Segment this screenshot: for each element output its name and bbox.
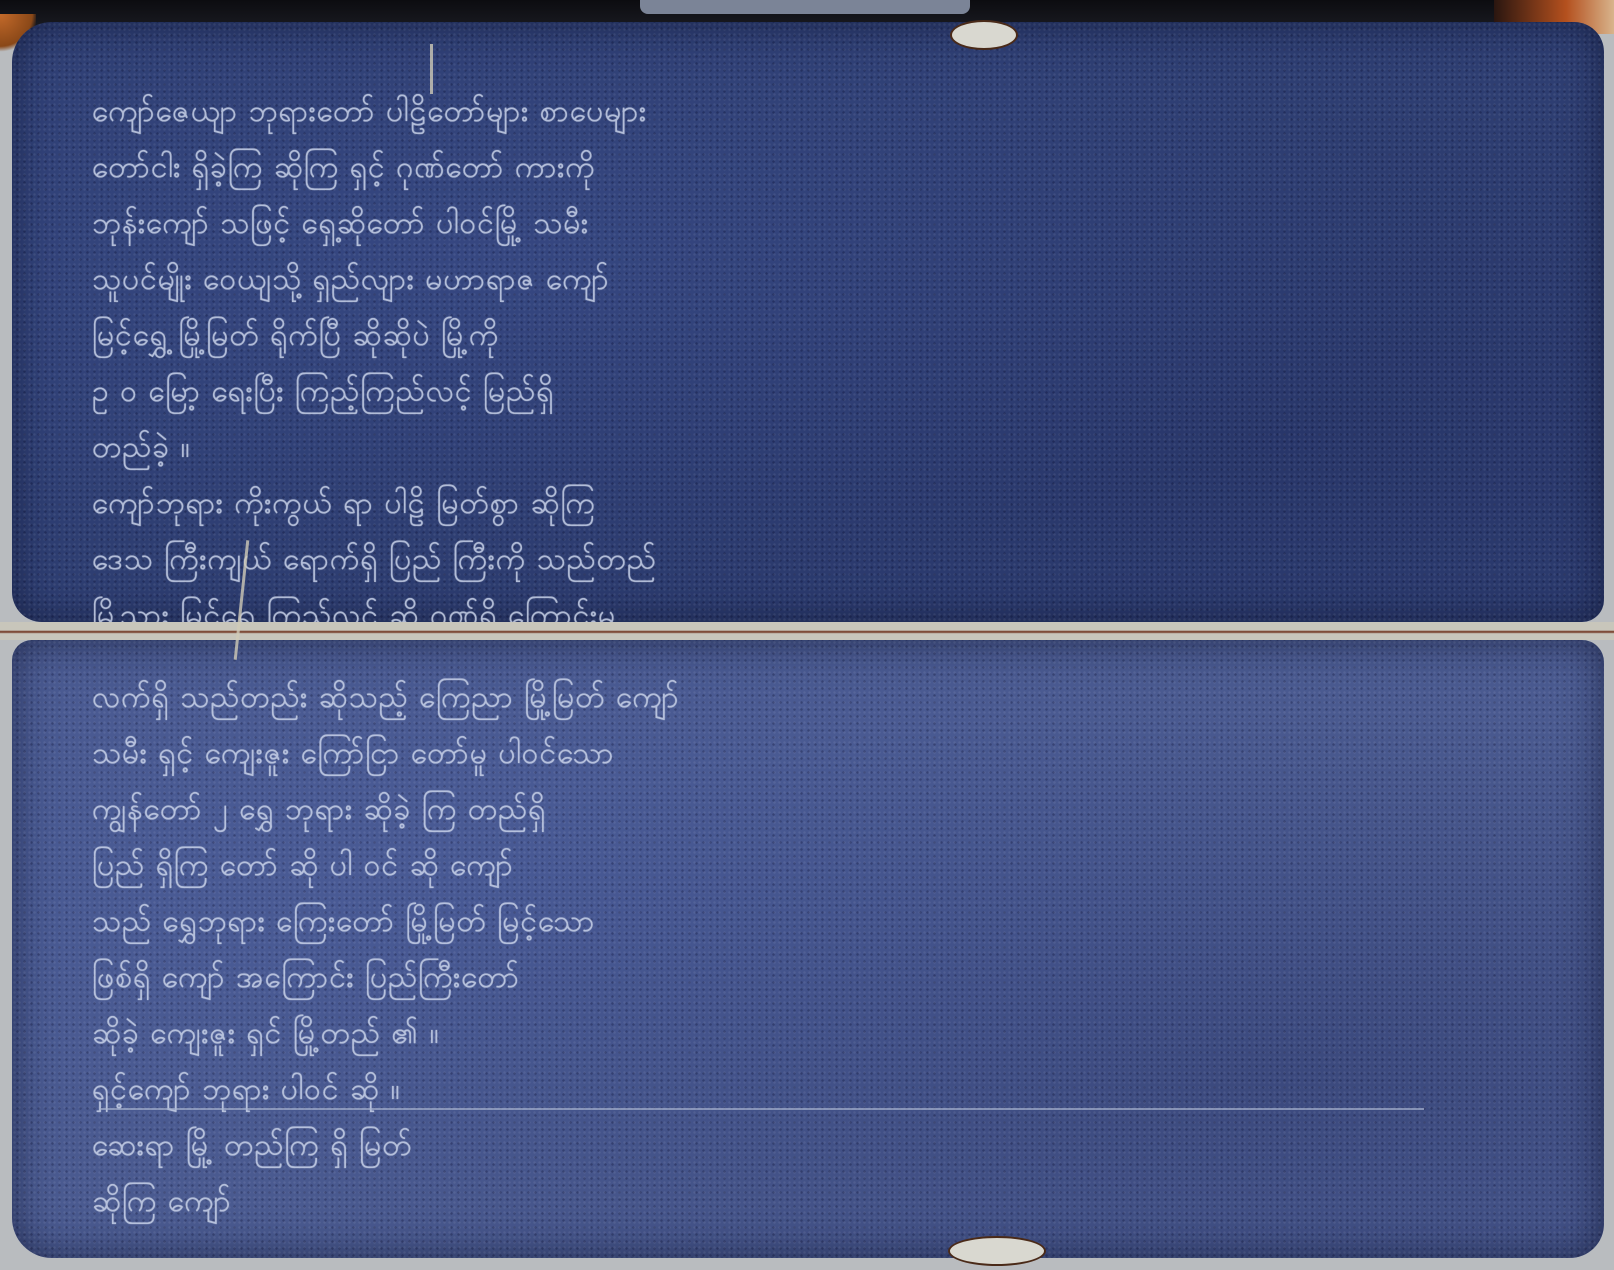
upper-folio: ကျော်ဇေယျာ ဘုရားတော် ပါဠိတော်များ စာပေမျ… (12, 22, 1604, 622)
text-line: ဆိုခဲ့ ကျေးဇူး ရှင် မြို့တည် ၏ ။ (92, 1006, 1534, 1062)
text-line: ဒေသ ကြီးကျယ် ရောက်ရှိ ပြည် ကြီးကို သည်တည… (92, 532, 1534, 588)
text-line: တည်ခဲ့ ။ (92, 420, 232, 476)
text-line: ဥ ဝ မြော့ ရေးပြီး ကြည့်ကြည်လင့် မြည်ရှိ (92, 364, 1534, 420)
text-line: သည် ရွှေဘုရား ကြေးတော် မြို့မြတ် မြင့်သေ… (92, 894, 1534, 950)
text-line: သူပင်မျိုး ဝေယျသို့ ရှည်လျား မဟာရာဇ ကျော… (92, 252, 1534, 308)
binding-hole-top (950, 20, 1018, 50)
text-line: မြင့်ရွှေ့ မြို့မြတ် ရိုက်ပြီ ဆိုဆိုပဲ မ… (92, 308, 1534, 364)
lower-folio: လက်ရှိ သည်တည်း ဆိုသည့် ကြေညာ မြို့မြတ် က… (12, 640, 1604, 1258)
upper-text-block: ကျော်ဇေယျာ ဘုရားတော် ပါဠိတော်များ စာပေမျ… (92, 84, 1534, 622)
text-line: ဘုန်းကျော် သဖြင့် ရှေ့ဆိုတော် ပါဝင်မြို့… (92, 196, 1534, 252)
top-binding-band (640, 0, 970, 14)
text-line: ဆေးရာ မြို့ တည်ကြ ရှိ မြတ် (92, 1118, 1534, 1174)
text-line: ကျော်ဇေယျာ ဘုရားတော် ပါဠိတော်များ စာပေမျ… (92, 84, 1534, 140)
text-line: သမီး ရှင့် ကျေးဇူး ကြော်ငြာ တော်မူ ပါဝင်… (92, 726, 1534, 782)
binding-hole-bottom (948, 1236, 1046, 1266)
text-line: ကျော်ဘုရား ကိုးကွယ် ရာ ပါဠိ မြတ်စွာ ဆိုက… (92, 476, 1534, 532)
text-line: ပြည် ရှိကြ တော် ဆို ပါ ဝင် ဆို ကျော် (92, 838, 1534, 894)
lower-text-block: လက်ရှိ သည်တည်း ဆိုသည့် ကြေညာ မြို့မြတ် က… (92, 670, 1534, 1230)
folio-separation (0, 622, 1614, 640)
text-line: ဖြစ်ရှိ ကျော် အကြောင်း ပြည်ကြီးတော် (92, 950, 1534, 1006)
text-line: တော်ငါး ရှိခဲ့ကြ ဆိုကြ ရှင့် ဂုဏ်တော် ကာ… (92, 140, 1534, 196)
text-line: ကျွန်တော် ၂ ရွှေ ဘုရား ဆိုခဲ့ ကြ တည်ရှိ (92, 782, 1534, 838)
crack-mark (430, 44, 433, 94)
text-line: ဆိုကြ ကျော် (92, 1174, 1534, 1230)
text-line: လက်ရှိ သည်တည်း ဆိုသည့် ကြေညာ မြို့မြတ် က… (92, 670, 1534, 726)
text-line: မြို့သား မြင့်ရွှေ ကြည်လင် ဆို ဂုဏ်ရှိ က… (92, 588, 1534, 622)
ruled-line (100, 1108, 1424, 1110)
